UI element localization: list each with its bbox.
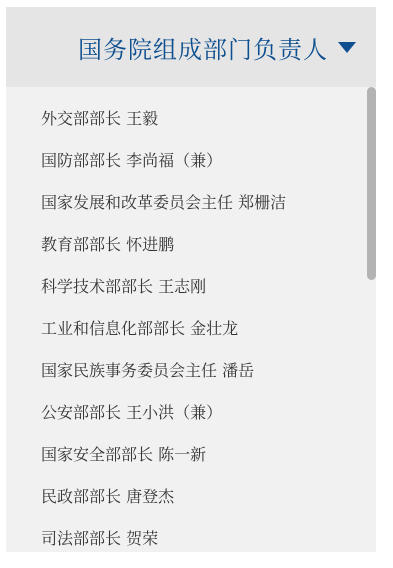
leaders-dropdown-panel: 国务院组成部门负责人 外交部部长 王毅 国防部部长 李尚福（兼） 国家发展和改革…: [6, 7, 376, 552]
list-item[interactable]: 国家民族事务委员会主任 潘岳: [6, 350, 366, 392]
list-item[interactable]: 国家安全部部长 陈一新: [6, 434, 366, 476]
list-item[interactable]: 国家发展和改革委员会主任 郑栅洁: [6, 182, 366, 224]
leaders-list: 外交部部长 王毅 国防部部长 李尚福（兼） 国家发展和改革委员会主任 郑栅洁 教…: [6, 87, 366, 552]
list-item[interactable]: 工业和信息化部部长 金壮龙: [6, 308, 366, 350]
list-item[interactable]: 民政部部长 唐登杰: [6, 476, 366, 518]
list-item[interactable]: 科学技术部部长 王志刚: [6, 266, 366, 308]
list-padding: [6, 87, 366, 98]
caret-down-icon[interactable]: [338, 42, 356, 53]
dropdown-title: 国务院组成部门负责人: [78, 30, 328, 65]
scrollbar-thumb[interactable]: [367, 87, 376, 280]
list-item[interactable]: 司法部部长 贺荣: [6, 518, 366, 552]
list-item[interactable]: 公安部部长 王小洪（兼）: [6, 392, 366, 434]
list-item[interactable]: 外交部部长 王毅: [6, 98, 366, 140]
list-item[interactable]: 国防部部长 李尚福（兼）: [6, 140, 366, 182]
list-item[interactable]: 教育部部长 怀进鹏: [6, 224, 366, 266]
dropdown-header[interactable]: 国务院组成部门负责人: [6, 7, 376, 87]
